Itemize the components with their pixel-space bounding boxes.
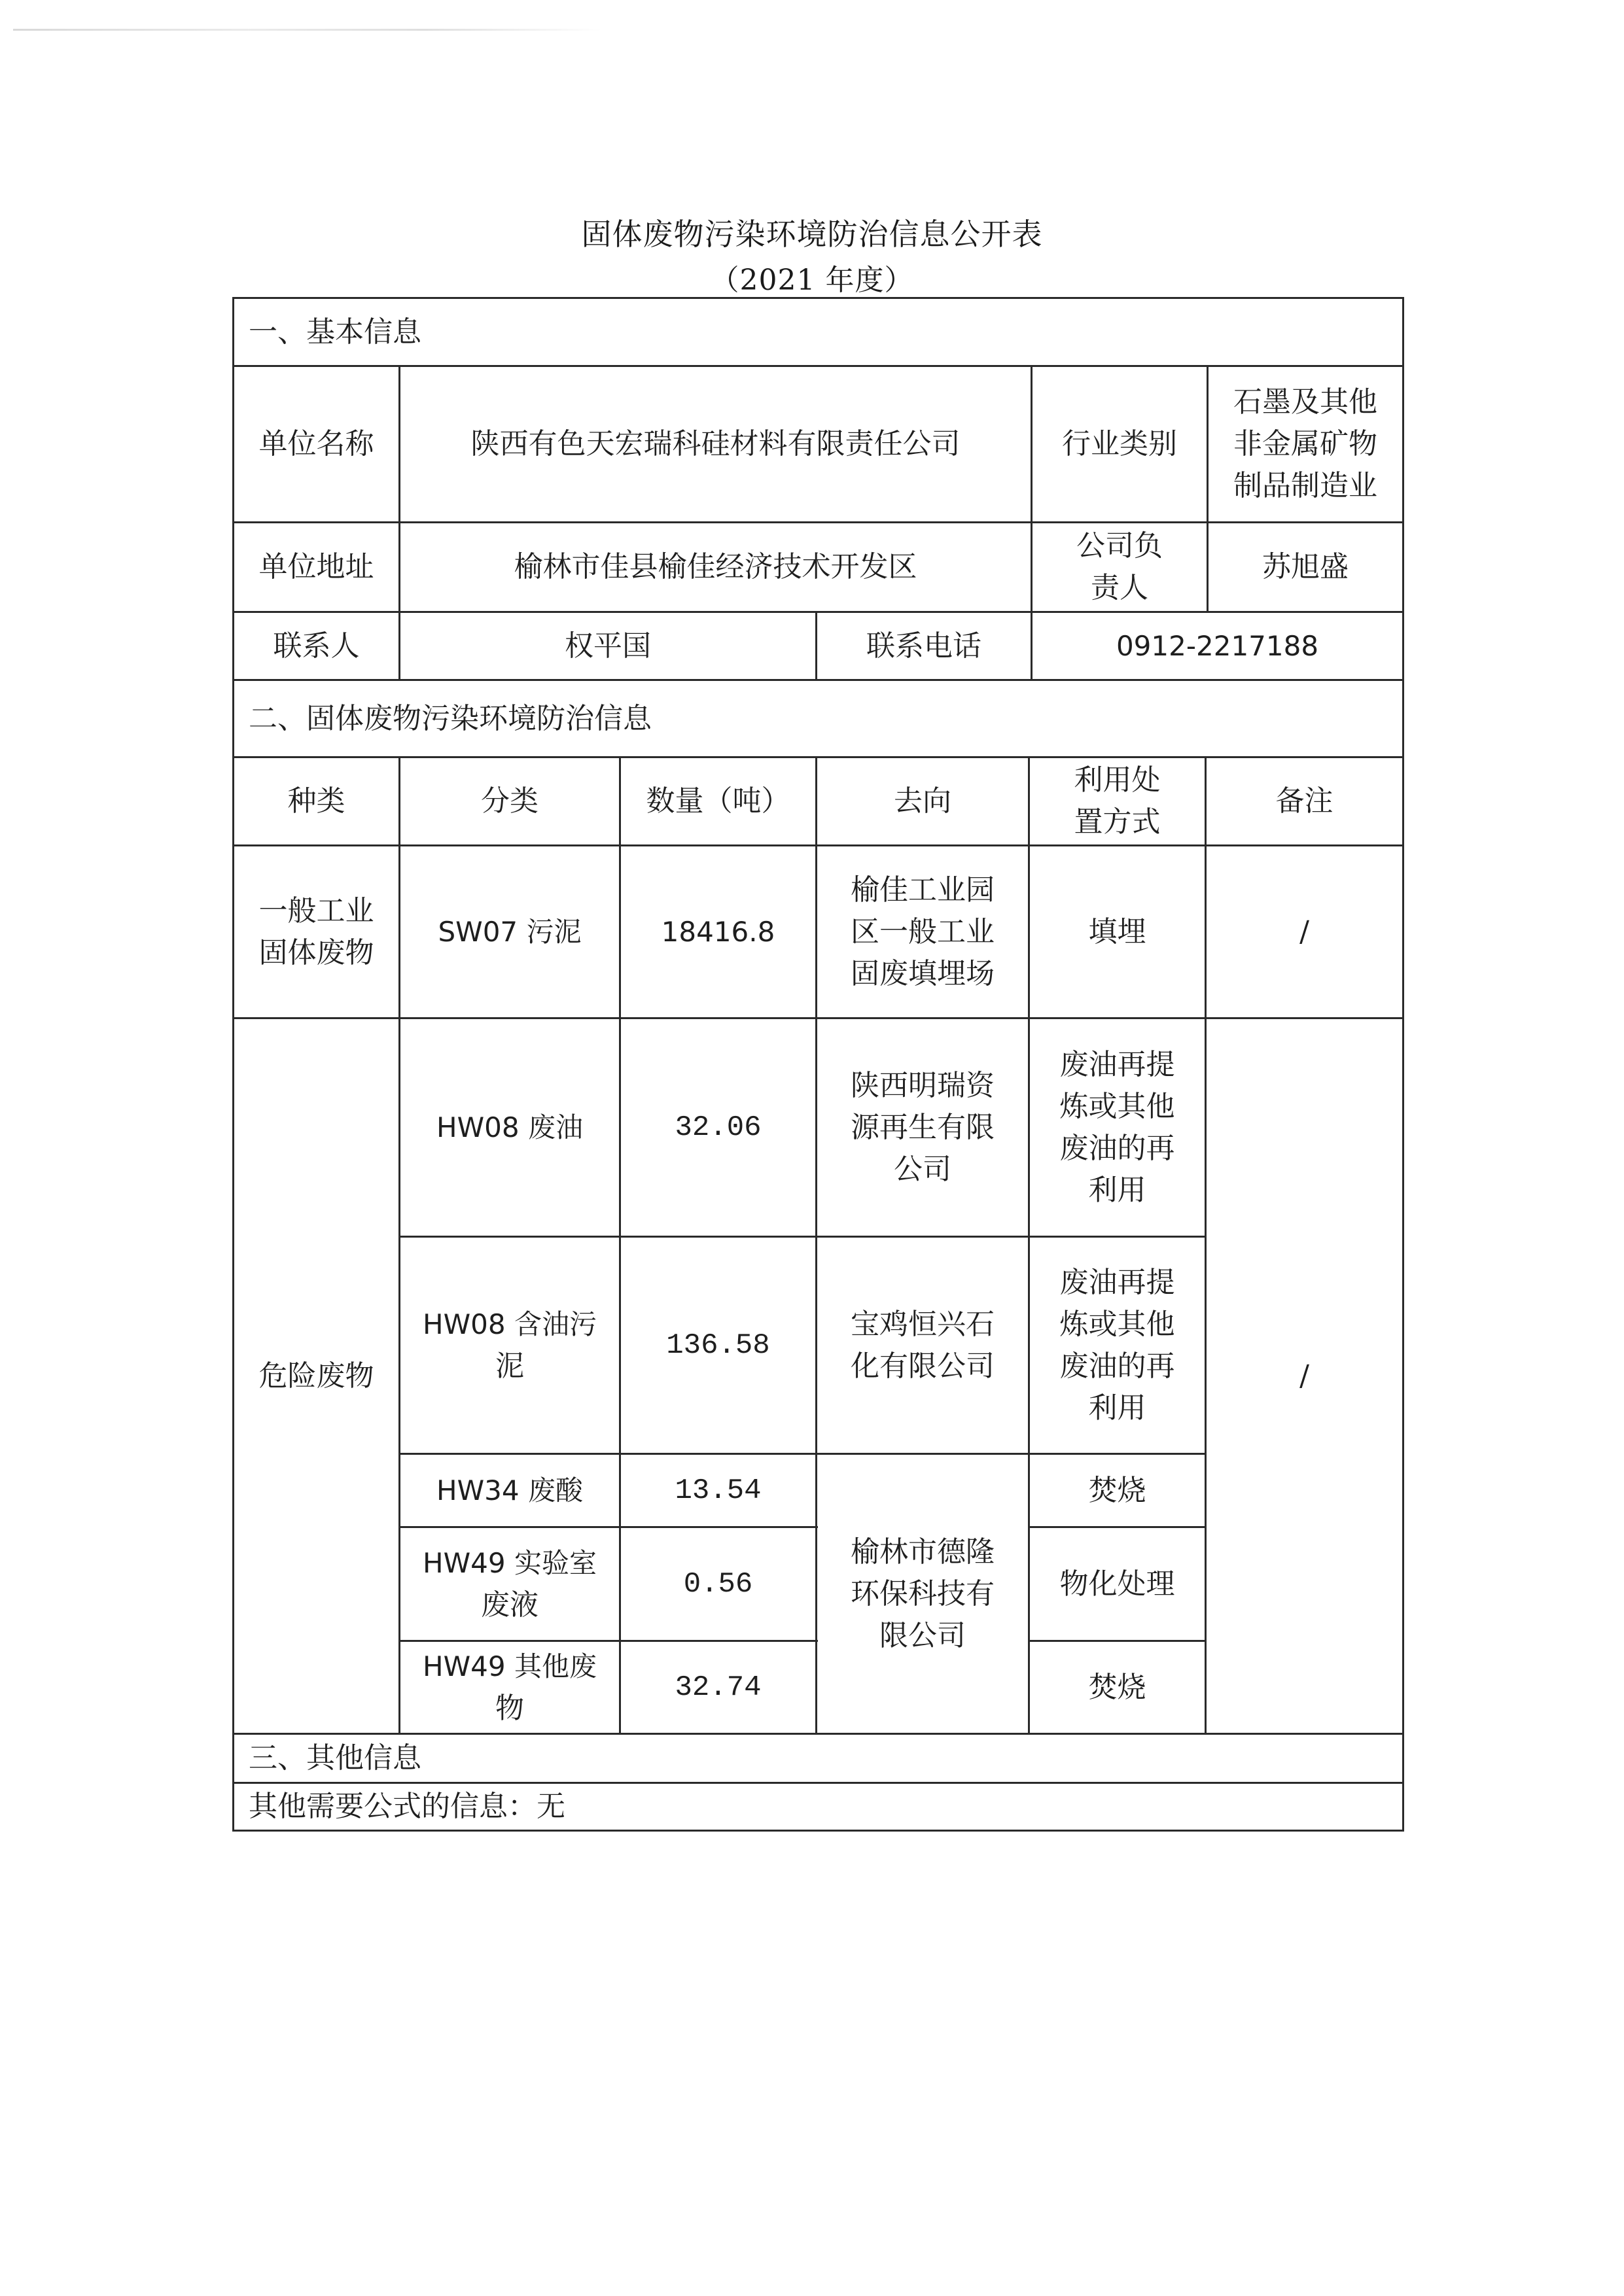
hazardous-category-line: HW49 其他废 bbox=[423, 1646, 597, 1688]
hazardous-row-category: HW34 废酸 bbox=[400, 1455, 619, 1526]
general-waste-quantity: 18416.8 bbox=[621, 846, 815, 1017]
phone-number: 0912-2217188 bbox=[1116, 625, 1318, 667]
method-line: 废油再提 bbox=[1060, 1044, 1175, 1086]
hazardous-row-method: 废油再提 炼或其他 废油的再 利用 bbox=[1030, 1238, 1205, 1453]
destination-line: 环保科技有 bbox=[851, 1573, 995, 1615]
hazardous-row-quantity: 32.06 bbox=[621, 1019, 815, 1236]
industry-value: 石墨及其他 非金属矿物 制品制造业 bbox=[1209, 367, 1402, 521]
general-waste-destination-line: 区一般工业 bbox=[851, 911, 995, 953]
method-line: 炼或其他 bbox=[1060, 1086, 1175, 1128]
general-waste-type-line: 固体废物 bbox=[259, 932, 374, 974]
destination-line: 榆林市德隆 bbox=[851, 1531, 995, 1573]
scan-artifact bbox=[13, 29, 602, 31]
destination-line: 公司 bbox=[851, 1149, 995, 1191]
general-waste-destination-line: 榆佳工业园 bbox=[851, 869, 995, 911]
hazardous-row-category: HW08 含油污 泥 bbox=[400, 1238, 619, 1453]
hazardous-category-line: HW49 实验室 bbox=[423, 1542, 597, 1584]
hazardous-row-destination: 宝鸡恒兴石 化有限公司 bbox=[817, 1238, 1028, 1453]
hazardous-category-text: HW08 废油 bbox=[436, 1107, 583, 1149]
hazardous-quantity-text: 136.58 bbox=[666, 1325, 769, 1366]
legal-rep-label-line: 公司负 bbox=[1076, 525, 1163, 567]
hazardous-waste-type: 危险废物 bbox=[234, 1019, 398, 1733]
col-header-method-line: 置方式 bbox=[1074, 801, 1161, 843]
industry-line: 非金属矿物 bbox=[1233, 423, 1377, 465]
document-subtitle: （2021 年度） bbox=[0, 256, 1624, 298]
hazardous-row-category: HW49 实验室 废液 bbox=[400, 1528, 619, 1640]
phone-label: 联系电话 bbox=[817, 613, 1031, 679]
legal-rep-value: 苏旭盛 bbox=[1209, 523, 1402, 611]
general-waste-method: 填埋 bbox=[1030, 846, 1205, 1017]
legal-rep-label-line: 责人 bbox=[1076, 567, 1163, 609]
hazardous-category-text: HW34 废酸 bbox=[436, 1470, 583, 1512]
hazardous-quantity-text: 13.54 bbox=[675, 1470, 761, 1512]
hazardous-quantity-text: 32.06 bbox=[675, 1107, 761, 1149]
method-line: 废油再提 bbox=[1060, 1262, 1175, 1304]
destination-line: 限公司 bbox=[851, 1615, 995, 1657]
hazardous-row-quantity: 32.74 bbox=[621, 1642, 815, 1733]
hazardous-row-method: 焚烧 bbox=[1030, 1455, 1205, 1526]
address-label: 单位地址 bbox=[234, 523, 398, 611]
industry-label: 行业类别 bbox=[1033, 367, 1207, 521]
general-waste-category: SW07 污泥 bbox=[400, 846, 619, 1017]
hazardous-category-line: 物 bbox=[423, 1688, 597, 1730]
col-header-destination: 去向 bbox=[817, 758, 1028, 844]
method-line: 废油的再 bbox=[1060, 1128, 1175, 1170]
hazardous-row-method: 焚烧 bbox=[1030, 1642, 1205, 1733]
general-waste-destination: 榆佳工业园 区一般工业 固废填埋场 bbox=[817, 846, 1028, 1017]
general-waste-remark: / bbox=[1207, 846, 1402, 1017]
col-header-category: 分类 bbox=[400, 758, 619, 844]
method-line: 废油的再 bbox=[1060, 1346, 1175, 1387]
shared-destination: 榆林市德隆 环保科技有 限公司 bbox=[817, 1455, 1028, 1733]
destination-line: 化有限公司 bbox=[851, 1346, 995, 1387]
col-header-type: 种类 bbox=[234, 758, 398, 844]
destination-line: 陕西明瑞资 bbox=[851, 1065, 995, 1107]
hazardous-category-line: 泥 bbox=[423, 1346, 597, 1387]
hazardous-quantity-text: 0.56 bbox=[684, 1563, 753, 1605]
general-waste-destination-line: 固废填埋场 bbox=[851, 953, 995, 995]
general-waste-quantity-text: 18416.8 bbox=[662, 911, 775, 953]
hazardous-row-method: 废油再提 炼或其他 废油的再 利用 bbox=[1030, 1019, 1205, 1236]
col-header-method: 利用处 置方式 bbox=[1030, 758, 1205, 844]
industry-line: 石墨及其他 bbox=[1233, 381, 1377, 423]
general-waste-type-line: 一般工业 bbox=[259, 890, 374, 932]
hazardous-row-method: 物化处理 bbox=[1030, 1528, 1205, 1640]
general-waste-category-text: SW07 污泥 bbox=[438, 911, 582, 953]
hazardous-row-category: HW49 其他废 物 bbox=[400, 1642, 619, 1733]
hazardous-row-quantity: 13.54 bbox=[621, 1455, 815, 1526]
unit-name-value: 陕西有色天宏瑞科硅材料有限责任公司 bbox=[400, 367, 1031, 521]
section-heading-basic-info: 一、基本信息 bbox=[234, 299, 1402, 365]
hazardous-category-line: HW08 含油污 bbox=[423, 1304, 597, 1346]
unit-name-label: 单位名称 bbox=[234, 367, 398, 521]
document-title: 固体废物污染环境防治信息公开表 bbox=[0, 211, 1624, 254]
other-info-content: 其他需要公式的信息：无 bbox=[234, 1784, 1402, 1830]
destination-line: 源再生有限 bbox=[851, 1107, 995, 1149]
hazardous-waste-remark: / bbox=[1207, 1019, 1402, 1733]
hazardous-row-quantity: 136.58 bbox=[621, 1238, 815, 1453]
hazardous-row-category: HW08 废油 bbox=[400, 1019, 619, 1236]
contact-value: 权平国 bbox=[400, 613, 815, 679]
hazardous-row-quantity: 0.56 bbox=[621, 1528, 815, 1640]
phone-value: 0912-2217188 bbox=[1033, 613, 1402, 679]
col-header-remark: 备注 bbox=[1207, 758, 1402, 844]
method-line: 炼或其他 bbox=[1060, 1304, 1175, 1346]
contact-label: 联系人 bbox=[234, 613, 398, 679]
method-line: 利用 bbox=[1060, 1387, 1175, 1429]
destination-line: 宝鸡恒兴石 bbox=[851, 1304, 995, 1346]
col-header-method-line: 利用处 bbox=[1074, 759, 1161, 801]
hazardous-category-line: 废液 bbox=[423, 1584, 597, 1626]
hazardous-quantity-text: 32.74 bbox=[675, 1667, 761, 1709]
section-heading-waste-info: 二、固体废物污染环境防治信息 bbox=[234, 681, 1402, 756]
legal-rep-label: 公司负 责人 bbox=[1033, 523, 1207, 611]
address-value: 榆林市佳县榆佳经济技术开发区 bbox=[400, 523, 1031, 611]
section-heading-other-info: 三、其他信息 bbox=[234, 1735, 1402, 1782]
method-line: 利用 bbox=[1060, 1170, 1175, 1211]
hazardous-row-destination: 陕西明瑞资 源再生有限 公司 bbox=[817, 1019, 1028, 1236]
col-header-quantity: 数量（吨） bbox=[621, 758, 815, 844]
general-waste-type: 一般工业 固体废物 bbox=[234, 846, 398, 1017]
industry-line: 制品制造业 bbox=[1233, 465, 1377, 507]
